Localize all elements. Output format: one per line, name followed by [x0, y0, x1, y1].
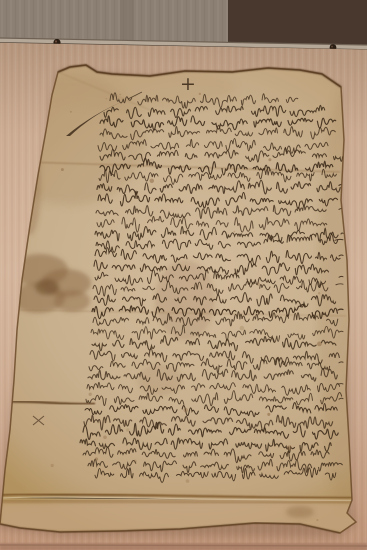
- foxing-spot: [70, 111, 72, 113]
- foxing-spot: [95, 457, 98, 460]
- foxing-spot: [268, 158, 271, 161]
- foxing-spot: [318, 292, 321, 295]
- foxing-spot: [126, 428, 130, 432]
- foxing-spot: [150, 179, 154, 183]
- foxing-spot: [317, 342, 322, 347]
- foxing-spot: [106, 98, 107, 99]
- museum-display-photo: +: [0, 0, 367, 550]
- foxing-spot: [234, 231, 236, 233]
- foxing-spot: [51, 464, 54, 467]
- foxing-spot: [316, 519, 318, 521]
- manuscript: +: [0, 65, 367, 548]
- foxing-spot: [240, 326, 245, 331]
- foxing-spot: [257, 283, 261, 287]
- foxing-spot: [186, 479, 190, 483]
- foxing-spot: [267, 413, 270, 416]
- glass-screw-right-highlight: [331, 46, 333, 48]
- foxing-spot: [61, 168, 64, 171]
- heading-cross-mark: +: [180, 73, 196, 95]
- foxing-spot: [133, 459, 136, 462]
- glass-screw-left-highlight: [55, 40, 57, 42]
- foxing-spot: [89, 393, 92, 396]
- photo-canvas: +: [0, 0, 367, 550]
- foxing-spot: [119, 94, 121, 96]
- wall-streak: [120, 0, 134, 44]
- foxing-spot: [183, 408, 188, 413]
- foxing-spot: [102, 474, 104, 476]
- foxing-spot: [199, 93, 201, 95]
- foxing-spot: [287, 445, 292, 450]
- foxing-spot: [103, 435, 107, 439]
- foxing-spot: [300, 200, 303, 203]
- wall-right-panel: [228, 0, 367, 47]
- fabric-bottom-edge-line: [0, 545, 367, 546]
